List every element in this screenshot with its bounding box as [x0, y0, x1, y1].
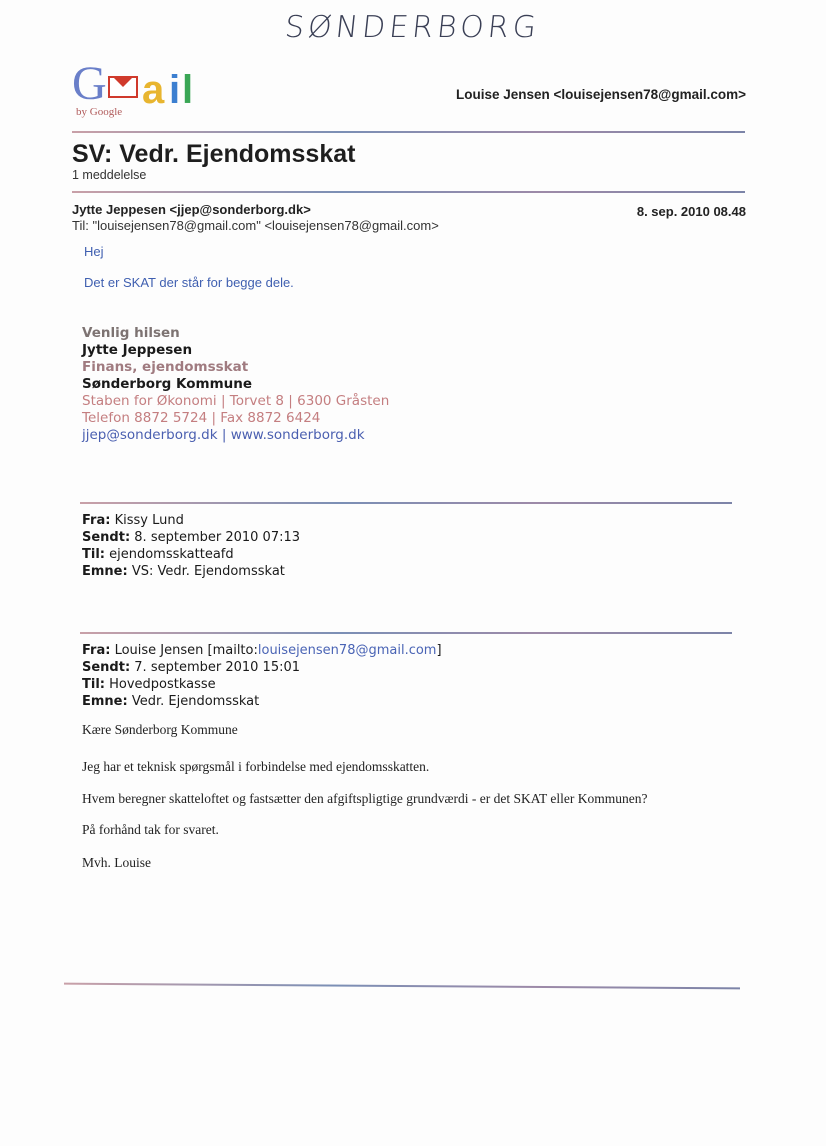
- signature-department: Finans, ejendomsskat: [82, 359, 389, 376]
- forward-divider: [80, 502, 732, 504]
- forwarded-subject: VS: Vedr. Ejendomsskat: [128, 564, 285, 579]
- original-body-line: På forhånd tak for svaret.: [82, 822, 219, 838]
- original-divider: [80, 632, 732, 634]
- handwritten-annotation: SØNDERBORG: [283, 10, 542, 45]
- account-label: Louise Jensen <louisejensen78@gmail.com>: [456, 87, 746, 102]
- original-from-email-link[interactable]: louisejensen78@gmail.com: [258, 643, 437, 658]
- body-line: Det er SKAT der står for begge dele.: [84, 275, 294, 290]
- logo-letter-a: a: [142, 68, 164, 113]
- footer-divider: [64, 983, 740, 990]
- forwarded-header: Fra: Kissy Lund Sendt: 8. september 2010…: [82, 512, 300, 580]
- label-to: Til:: [82, 677, 105, 692]
- forwarded-from: Kissy Lund: [110, 513, 183, 528]
- signature-closing: Venlig hilsen: [82, 325, 389, 342]
- original-from-name: Louise Jensen [mailto:: [110, 643, 257, 658]
- logo-letter-i: i: [169, 68, 180, 113]
- gmail-envelope-icon: [108, 76, 138, 98]
- signature: Venlig hilsen Jytte Jeppesen Finans, eje…: [82, 325, 389, 444]
- signature-separator: |: [218, 427, 231, 443]
- signature-address: Staben for Økonomi | Torvet 8 | 6300 Grå…: [82, 393, 389, 410]
- label-to: Til:: [82, 547, 105, 562]
- original-sent: 7. september 2010 15:01: [130, 660, 300, 675]
- original-body-line: Jeg har et teknisk spørgsmål i forbindel…: [82, 759, 429, 775]
- thread-divider: [72, 191, 745, 193]
- message-date: 8. sep. 2010 08.48: [637, 204, 746, 219]
- label-sent: Sendt:: [82, 660, 130, 675]
- message-sender: Jytte Jeppesen <jjep@sonderborg.dk>: [72, 202, 311, 217]
- original-body-line: Hvem beregner skatteloftet og fastsætter…: [82, 791, 647, 807]
- label-subject: Emne:: [82, 694, 128, 709]
- logo-letter-g: G: [72, 56, 107, 111]
- logo-byline: by Google: [76, 106, 122, 118]
- signature-phone: Telefon 8872 5724 | Fax 8872 6424: [82, 410, 389, 427]
- message-recipient: Til: "louisejensen78@gmail.com" <louisej…: [72, 218, 439, 233]
- original-body-line: Mvh. Louise: [82, 855, 151, 871]
- signature-website-link[interactable]: www.sonderborg.dk: [231, 427, 365, 443]
- label-sent: Sendt:: [82, 530, 130, 545]
- original-body-line: Kære Sønderborg Kommune: [82, 722, 238, 738]
- signature-name: Jytte Jeppesen: [82, 342, 389, 359]
- label-from: Fra:: [82, 513, 110, 528]
- signature-email-link[interactable]: jjep@sonderborg.dk: [82, 427, 218, 443]
- label-subject: Emne:: [82, 564, 128, 579]
- gmail-logo: G a i l by Google: [72, 56, 222, 118]
- message-count: 1 meddelelse: [72, 168, 146, 182]
- original-subject: Vedr. Ejendomsskat: [128, 694, 260, 709]
- logo-letter-l: l: [182, 68, 193, 113]
- original-from-close: ]: [436, 643, 441, 658]
- forwarded-to: ejendomsskatteafd: [105, 547, 234, 562]
- original-header: Fra: Louise Jensen [mailto:louisejensen7…: [82, 642, 442, 710]
- signature-organization: Sønderborg Kommune: [82, 376, 389, 393]
- label-from: Fra:: [82, 643, 110, 658]
- body-line: Hej: [84, 244, 104, 259]
- forwarded-sent: 8. september 2010 07:13: [130, 530, 300, 545]
- thread-subject: SV: Vedr. Ejendomsskat: [72, 140, 355, 169]
- original-to: Hovedpostkasse: [105, 677, 216, 692]
- header-divider: [72, 131, 745, 133]
